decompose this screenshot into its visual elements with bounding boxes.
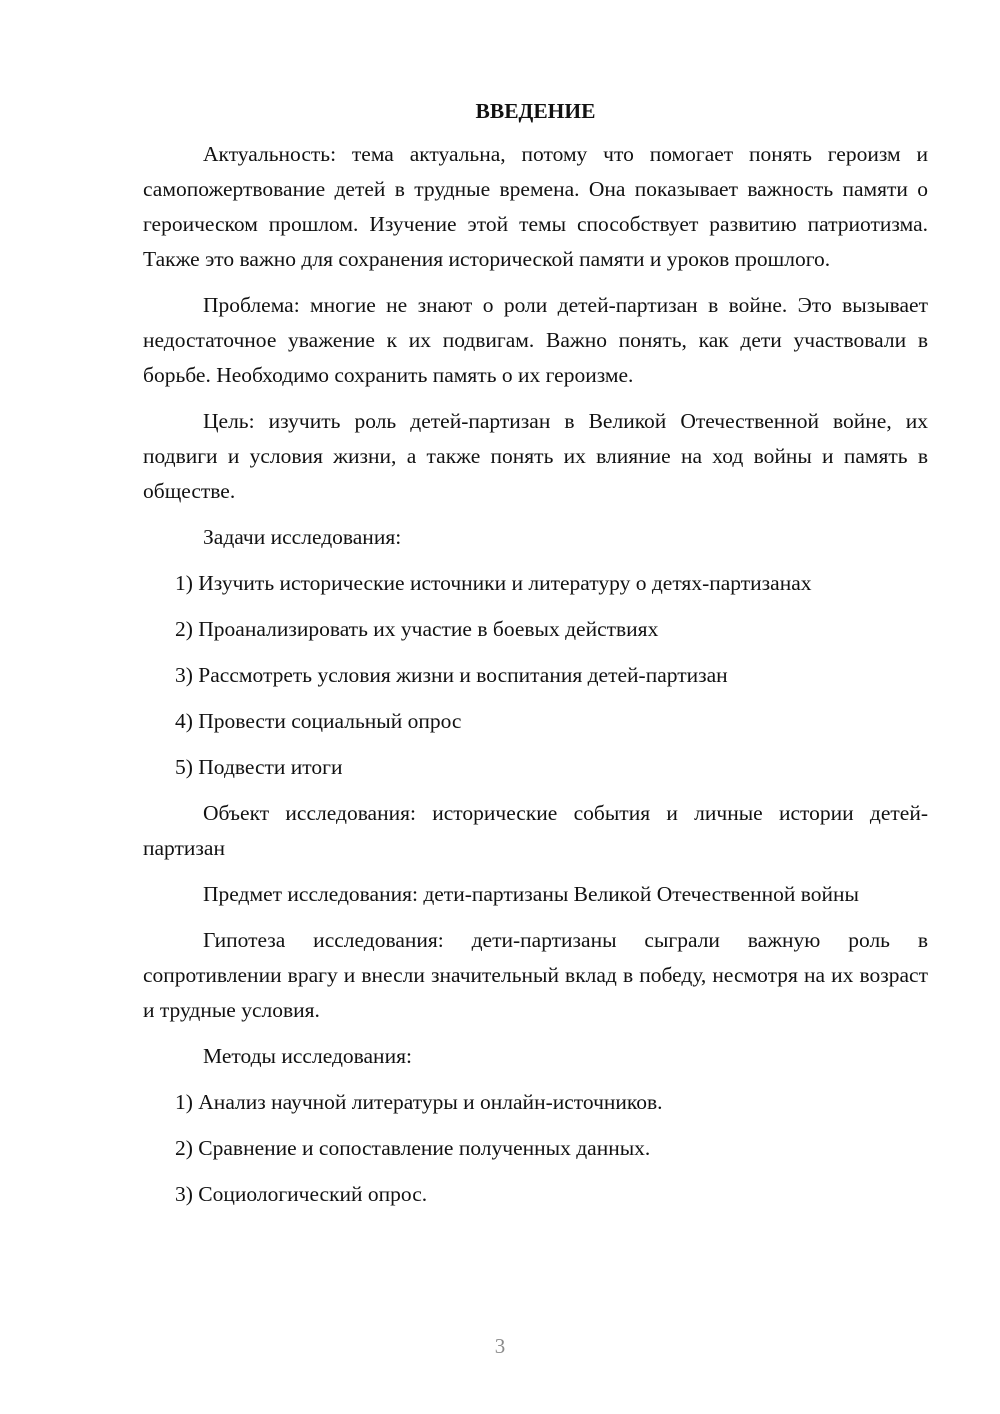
task-item: 4) Провести социальный опрос <box>175 704 928 739</box>
hypothesis-paragraph: Гипотеза исследования: дети-партизаны сы… <box>143 923 928 1028</box>
method-item: 3) Социологический опрос. <box>175 1177 928 1212</box>
relevance-paragraph: Актуальность: тема актуальна, потому что… <box>143 137 928 277</box>
methods-list: 1) Анализ научной литературы и онлайн-ис… <box>143 1085 928 1212</box>
page-number: 3 <box>0 1334 1000 1359</box>
task-item: 2) Проанализировать их участие в боевых … <box>175 612 928 647</box>
task-item: 3) Рассмотреть условия жизни и воспитани… <box>175 658 928 693</box>
tasks-heading: Задачи исследования: <box>143 520 928 555</box>
method-item: 2) Сравнение и сопоставление полученных … <box>175 1131 928 1166</box>
methods-heading: Методы исследования: <box>143 1039 928 1074</box>
problem-paragraph: Проблема: многие не знают о роли детей-п… <box>143 288 928 393</box>
goal-paragraph: Цель: изучить роль детей-партизан в Вели… <box>143 404 928 509</box>
method-item: 1) Анализ научной литературы и онлайн-ис… <box>175 1085 928 1120</box>
subject-paragraph: Предмет исследования: дети-партизаны Вел… <box>143 877 928 912</box>
section-title: ВВЕДЕНИЕ <box>143 96 928 126</box>
tasks-list: 1) Изучить исторические источники и лите… <box>143 566 928 785</box>
document-page: ВВЕДЕНИЕ Актуальность: тема актуальна, п… <box>143 96 928 1223</box>
task-item: 5) Подвести итоги <box>175 750 928 785</box>
task-item: 1) Изучить исторические источники и лите… <box>175 566 928 601</box>
object-paragraph: Объект исследования: исторические событи… <box>143 796 928 866</box>
